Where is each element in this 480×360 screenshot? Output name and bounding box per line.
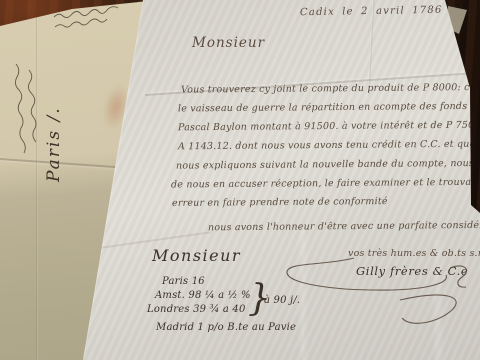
rate-amsterdam: Amst. 98 ¼ a ½ % bbox=[155, 290, 251, 301]
body-line-1: Vous trouverez cy joint le compte du pro… bbox=[181, 81, 480, 95]
docket-script-line-1 bbox=[54, 7, 118, 18]
under-sheet-vertical-crease bbox=[36, 0, 38, 360]
body-line-6: de nous en accuser réception, le faire e… bbox=[171, 177, 480, 191]
docket-script-line-2 bbox=[55, 19, 107, 27]
rates-term: à 90 j/. bbox=[264, 295, 300, 306]
salutation: Monsieur bbox=[192, 35, 265, 51]
dateline: Cadix le 2 avril 1786 bbox=[300, 5, 443, 18]
address-script-line-2 bbox=[28, 70, 36, 142]
photo-canvas: Paris /. Cadix le 2 avril 1786 Monsieur … bbox=[0, 0, 480, 360]
closing-line: vos très hum.es & ob.ts s.rs bbox=[348, 248, 480, 259]
rate-madrid: Madrid 1 p/o B.te au Pavie bbox=[156, 322, 296, 333]
address-city: Paris /. bbox=[44, 52, 64, 182]
body-line-3: Pascal Baylon montant à 91500. à votre i… bbox=[178, 120, 478, 134]
postscript-heading: Monsieur bbox=[152, 246, 241, 265]
body-line-8: nous avons l'honneur d'être avec une par… bbox=[208, 220, 480, 234]
signature: Gilly frères & C.e bbox=[356, 264, 468, 278]
body-line-4: A 1143.12. dont nous vous avons tenu cré… bbox=[178, 139, 475, 153]
rate-paris: Paris 16 bbox=[162, 276, 205, 287]
flourish-tail-swirl bbox=[400, 295, 456, 323]
rate-london: Londres 39 ¾ a 40 bbox=[147, 304, 246, 315]
address-script-line-1 bbox=[15, 64, 25, 153]
body-line-7: erreur en faire prendre note de conformi… bbox=[172, 196, 388, 209]
body-line-2: le vaisseau de guerre la répartition en … bbox=[178, 101, 480, 115]
body-line-5: nous expliquons suivant la nouvelle band… bbox=[176, 157, 480, 171]
